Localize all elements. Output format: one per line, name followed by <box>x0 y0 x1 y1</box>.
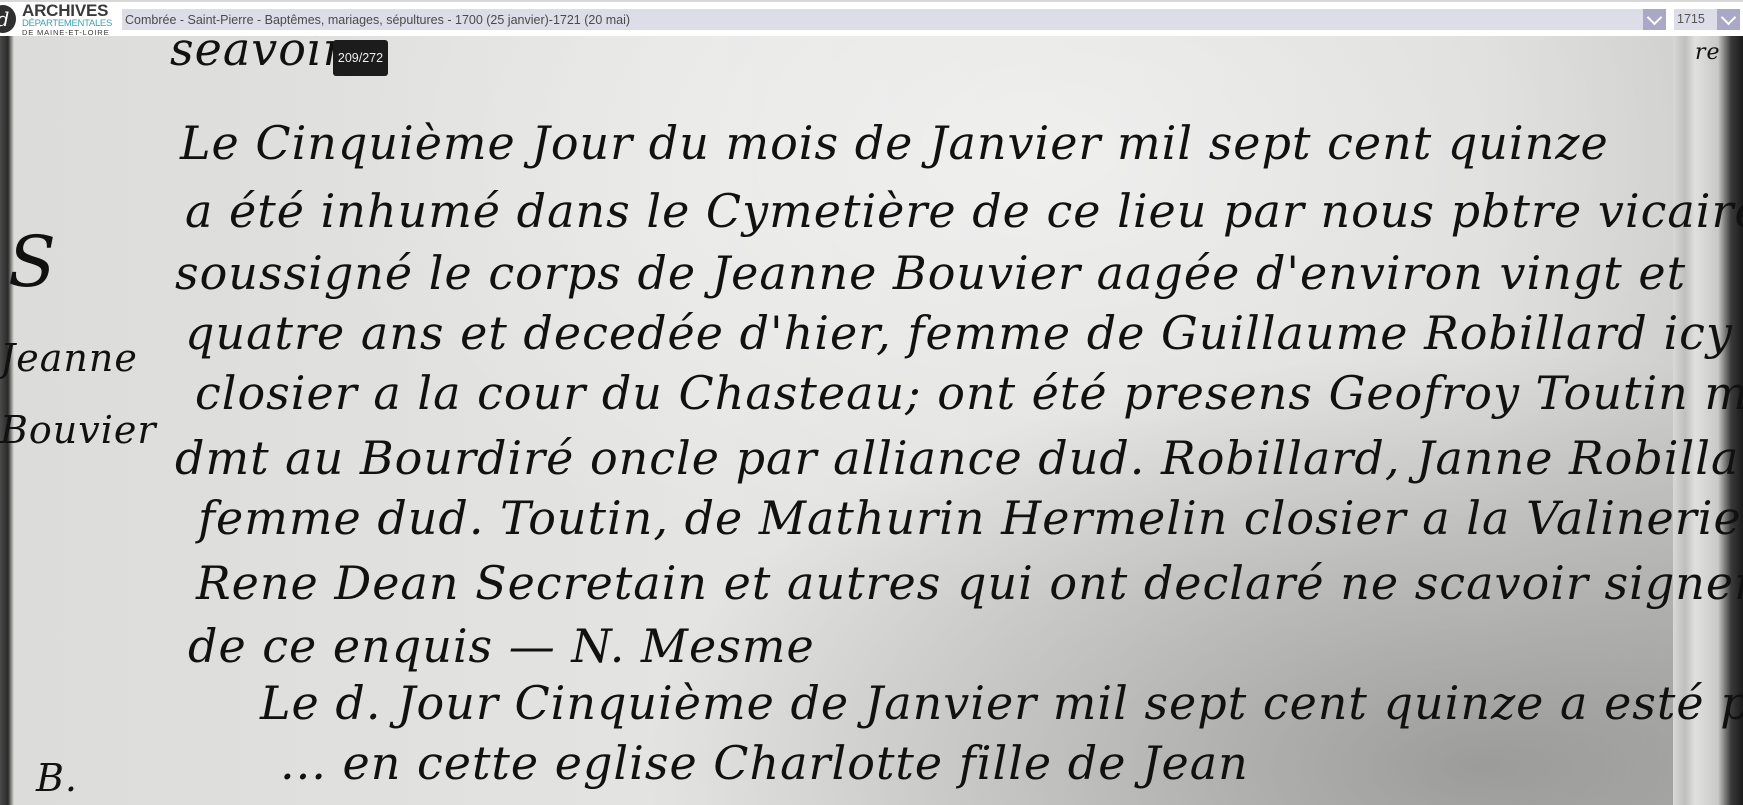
document-select-value: Combrée - Saint-Pierre - Baptêmes, maria… <box>122 13 630 27</box>
logo-region: DE MAINE-ET-LOIRE <box>22 28 109 37</box>
right-edge-note: re <box>1695 40 1721 65</box>
scan-line: de ce enquis — N. Mesme <box>188 619 815 673</box>
chevron-down-icon <box>1647 9 1663 25</box>
scan-line: Le Cinquième Jour du mois de Janvier mil… <box>180 116 1609 170</box>
top-bar: d ARCHIVES DÉPARTEMENTALES DE MAINE-ET-L… <box>0 0 1743 36</box>
scan-line: a été inhumé dans le Cymetière de ce lie… <box>185 184 1743 238</box>
scan-line: quatre ans et decedée d'hier, femme de G… <box>185 306 1743 360</box>
margin-note-s: S <box>8 221 57 303</box>
archives-logo[interactable]: d ARCHIVES DÉPARTEMENTALES DE MAINE-ET-L… <box>0 2 120 38</box>
scan-line: ... en cette eglise Charlotte fille de J… <box>280 736 1249 790</box>
scan-line: soussigné le corps de Jeanne Bouvier aag… <box>175 246 1686 300</box>
margin-note-first-name: Jeanne <box>0 336 138 380</box>
document-scan-viewer[interactable]: S Jeanne Bouvier B. seavoir Le Cinquième… <box>0 36 1743 805</box>
scan-line: Le d. Jour Cinquième de Janvier mil sept… <box>260 676 1743 730</box>
year-select-dropdown-button[interactable] <box>1717 9 1740 30</box>
document-select[interactable]: Combrée - Saint-Pierre - Baptêmes, maria… <box>122 9 1644 30</box>
document-select-dropdown-button[interactable] <box>1643 9 1666 30</box>
year-select-value: 1715 <box>1677 12 1705 26</box>
scan-line: dmt au Bourdiré oncle par alliance dud. … <box>175 431 1743 485</box>
scan-line: femme dud. Toutin, de Mathurin Hermelin … <box>198 491 1743 545</box>
year-select[interactable]: 1715 <box>1674 9 1728 30</box>
margin-note-surname: Bouvier <box>0 408 157 452</box>
chevron-down-icon <box>1721 9 1737 25</box>
scan-line: Rene Dean Secretain et autres qui ont de… <box>196 556 1743 610</box>
scan-line: closier a la cour du Chasteau; ont été p… <box>195 366 1743 420</box>
page-indicator: 209/272 <box>333 40 388 76</box>
margin-note-b: B. <box>36 756 78 800</box>
scan-line: seavoir <box>170 36 346 76</box>
logo-mark-icon: d <box>0 5 16 33</box>
